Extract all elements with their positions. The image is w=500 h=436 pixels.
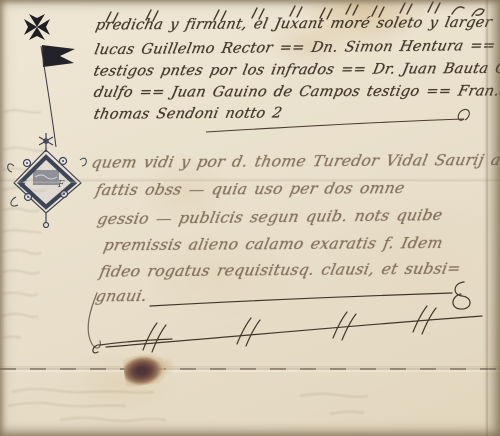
fold-crease-horizontal <box>0 366 500 372</box>
maltese-cross-icon <box>24 14 50 40</box>
manuscript-line: lucas Guillelmo Rector == Dn. Simon Hent… <box>93 38 497 58</box>
fold-crease-vertical <box>485 0 489 436</box>
manuscript-line: thomas Sendoni notto 2 <box>92 105 283 122</box>
manuscript-line: gessio — publicis segun quib. nots quibe <box>96 206 444 228</box>
manuscript-page: predicha y firmant, el Juxant moré solet… <box>0 0 500 436</box>
manuscript-line: quem vidi y por d. thome Turedor Vidal S… <box>90 150 500 171</box>
pennant-flag-icon <box>42 45 75 67</box>
ink-stain <box>122 352 166 387</box>
manuscript-line: testigos pntes por los infrados == Dr. J… <box>92 60 500 79</box>
figure-eight-flourish <box>453 282 470 309</box>
rule-end-flourish <box>458 109 469 120</box>
fold-crease-upper <box>0 178 500 183</box>
manuscript-line: premissis alieno calamo exaratis f. Idem <box>102 234 445 254</box>
flag-pole-line <box>41 46 56 147</box>
manuscript-line: dulfo == Juan Gauino de Campos testigo =… <box>92 83 500 100</box>
manuscript-line: predicha y firmant, el Juxant moré solet… <box>94 15 500 34</box>
manuscript-line: fideo rogatus requisitusq. clausi, et su… <box>98 259 463 280</box>
seal-flower <box>39 133 53 149</box>
manuscript-line: gnaui. <box>94 287 149 305</box>
